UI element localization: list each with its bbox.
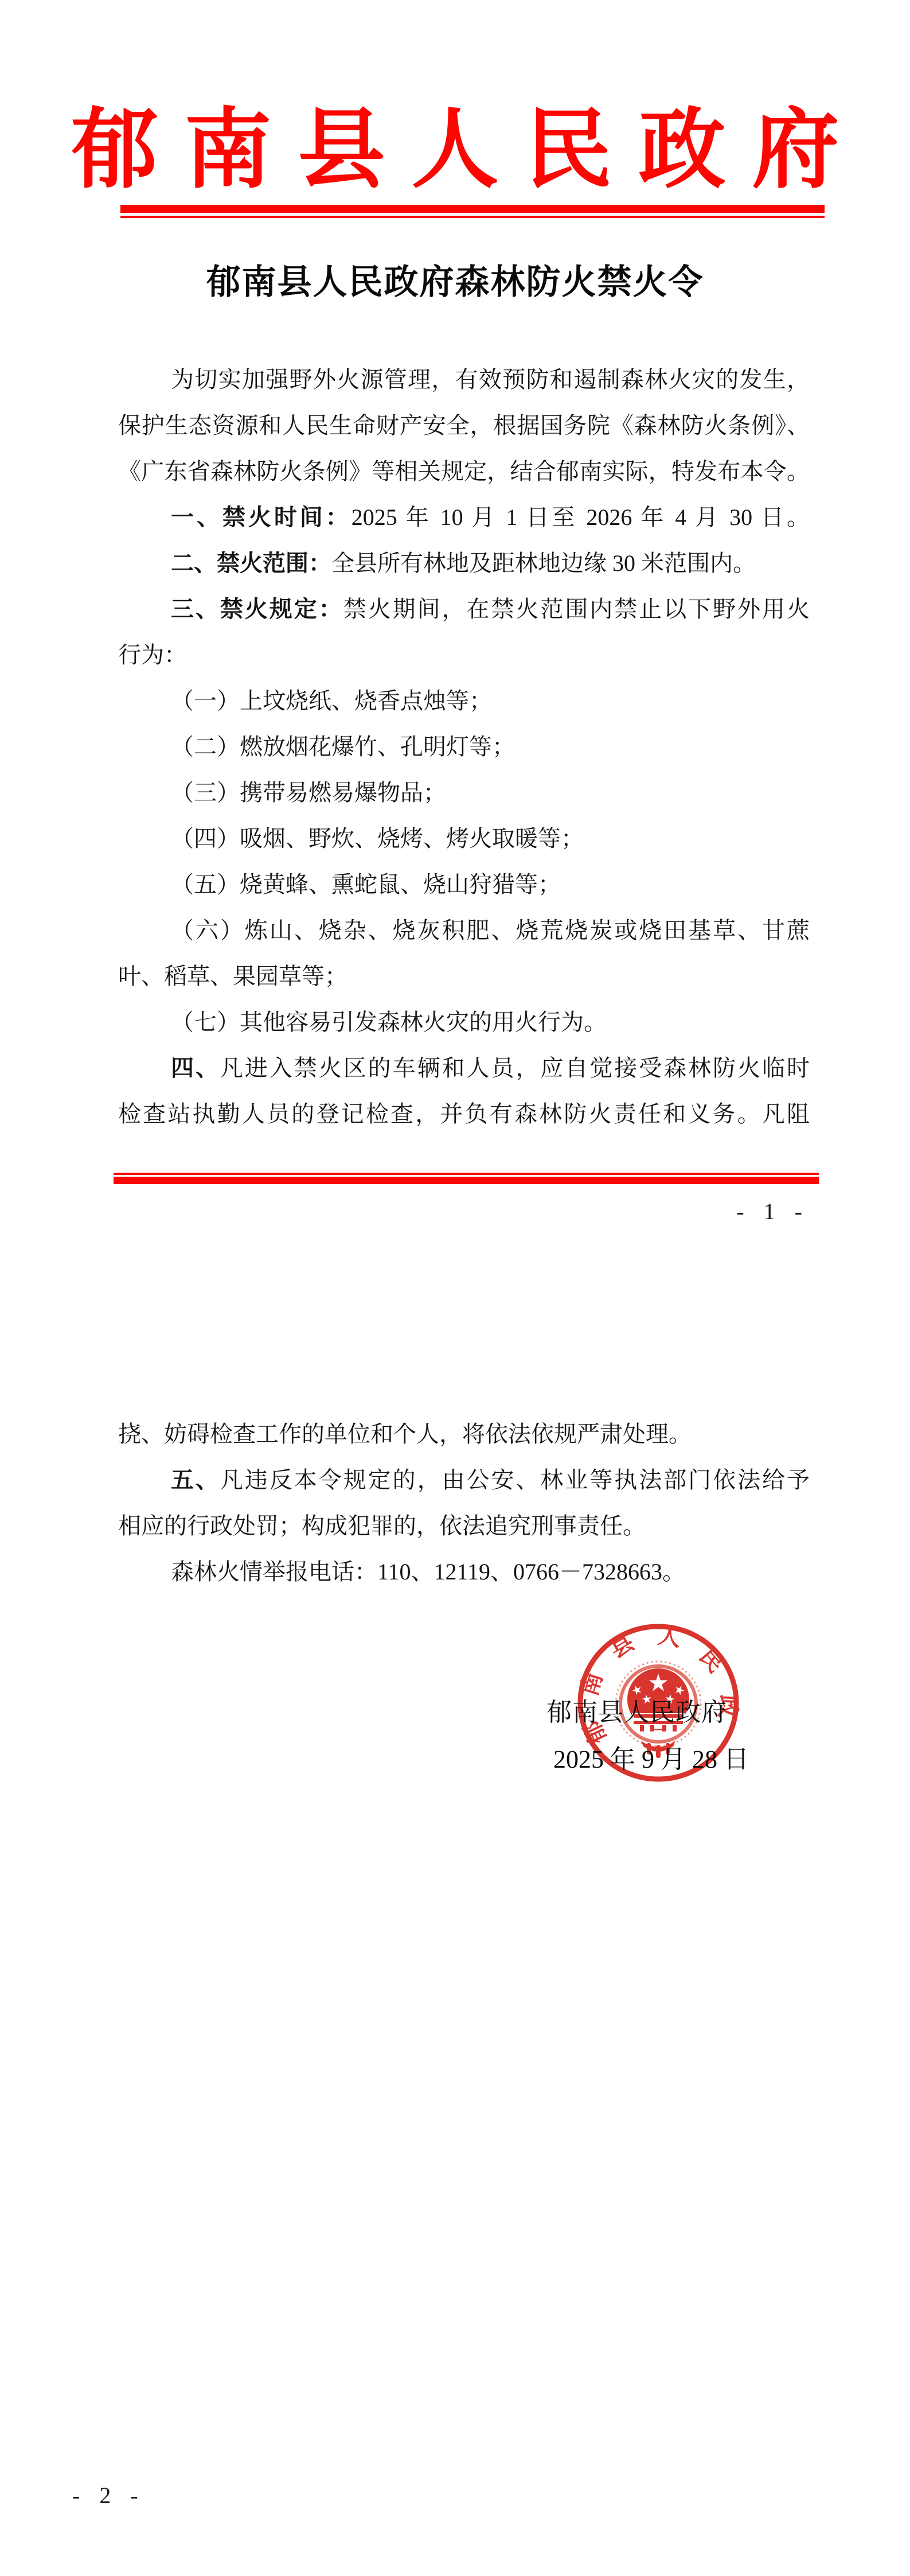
body-line: 叶、稻草、果园草等； (118, 954, 810, 999)
letterhead-title: 郁南县人民政府 (0, 93, 910, 208)
issue-date: 2025 年 9 月 28 日 (553, 1738, 749, 1775)
body-line: 相应的行政处罚；构成犯罪的，依法追究刑事责任。 (118, 1503, 810, 1549)
body-line: 《广东省森林防火条例》等相关规定，结合郁南实际，特发布本令。 (118, 449, 810, 495)
section-label: 五、 (171, 1468, 220, 1493)
body-line: （四）吸烟、野炊、烧烤、烤火取暖等； (118, 816, 810, 862)
letterhead-rule-thick (120, 205, 825, 213)
footer-rule-thick (114, 1177, 819, 1184)
body-line: 四、凡进入禁火区的车辆和人员，应自觉接受森林防火临时 (118, 1045, 810, 1091)
body-line: （二）燃放烟花爆竹、孔明灯等； (118, 724, 810, 770)
body-line: 一、禁火时间：2025 年 10 月 1 日至 2026 年 4 月 30 日。 (118, 495, 810, 540)
body-line: 挠、妨碍检查工作的单位和个人，将依法依规严肃处理。 (118, 1411, 810, 1457)
page-number-1: - 1 - (736, 1198, 809, 1225)
section-label: 一、禁火时间： (171, 505, 351, 530)
body-line: （五）烧黄蜂、熏蛇鼠、烧山狩猎等； (118, 862, 810, 908)
body-line: （七）其他容易引发森林火灾的用火行为。 (118, 999, 810, 1045)
official-document: 郁南县人民政府 郁南县人民政府森林防火禁火令 为切实加强野外火源管理，有效预防和… (0, 0, 910, 2576)
body-line: 保护生态资源和人民生命财产安全，根据国务院《森林防火条例》、 (118, 403, 810, 449)
body-line: （三）携带易燃易爆物品； (118, 770, 810, 816)
body-line: 三、禁火规定：禁火期间，在禁火范围内禁止以下野外用火 (118, 586, 810, 632)
footer-rule-thin (114, 1173, 819, 1175)
body-line: （六）炼山、烧杂、烧灰积肥、烧荒烧炭或烧田基草、甘蔗 (118, 908, 810, 954)
body-line: 为切实加强野外火源管理，有效预防和遏制森林火灾的发生， (118, 357, 810, 403)
page-number-2: - 2 - (72, 2482, 145, 2509)
document-title: 郁南县人民政府森林防火禁火令 (0, 258, 910, 306)
section-label: 二、禁火范围： (171, 551, 331, 576)
body-line: 检查站执勤人员的登记检查，并负有森林防火责任和义务。凡阻 (118, 1091, 810, 1137)
body-page-1: 为切实加强野外火源管理，有效预防和遏制森林火灾的发生，保护生态资源和人民生命财产… (118, 357, 810, 1137)
body-line: 森林火情举报电话：110、12119、0766－7328663。 (118, 1549, 810, 1595)
body-line: （一）上坟烧纸、烧香点烛等； (118, 678, 810, 724)
body-line: 二、禁火范围：全县所有林地及距林地边缘 30 米范围内。 (118, 540, 810, 586)
section-label: 三、禁火规定： (171, 597, 343, 622)
letterhead-rule-thin (120, 216, 825, 218)
issuer-signature: 郁南县人民政府 (546, 1691, 727, 1728)
body-line: 五、凡违反本令规定的，由公安、林业等执法部门依法给予 (118, 1457, 810, 1503)
body-page-2: 挠、妨碍检查工作的单位和个人，将依法依规严肃处理。五、凡违反本令规定的，由公安、… (118, 1411, 810, 1595)
body-line: 行为： (118, 632, 810, 678)
section-label: 四、 (171, 1056, 220, 1081)
